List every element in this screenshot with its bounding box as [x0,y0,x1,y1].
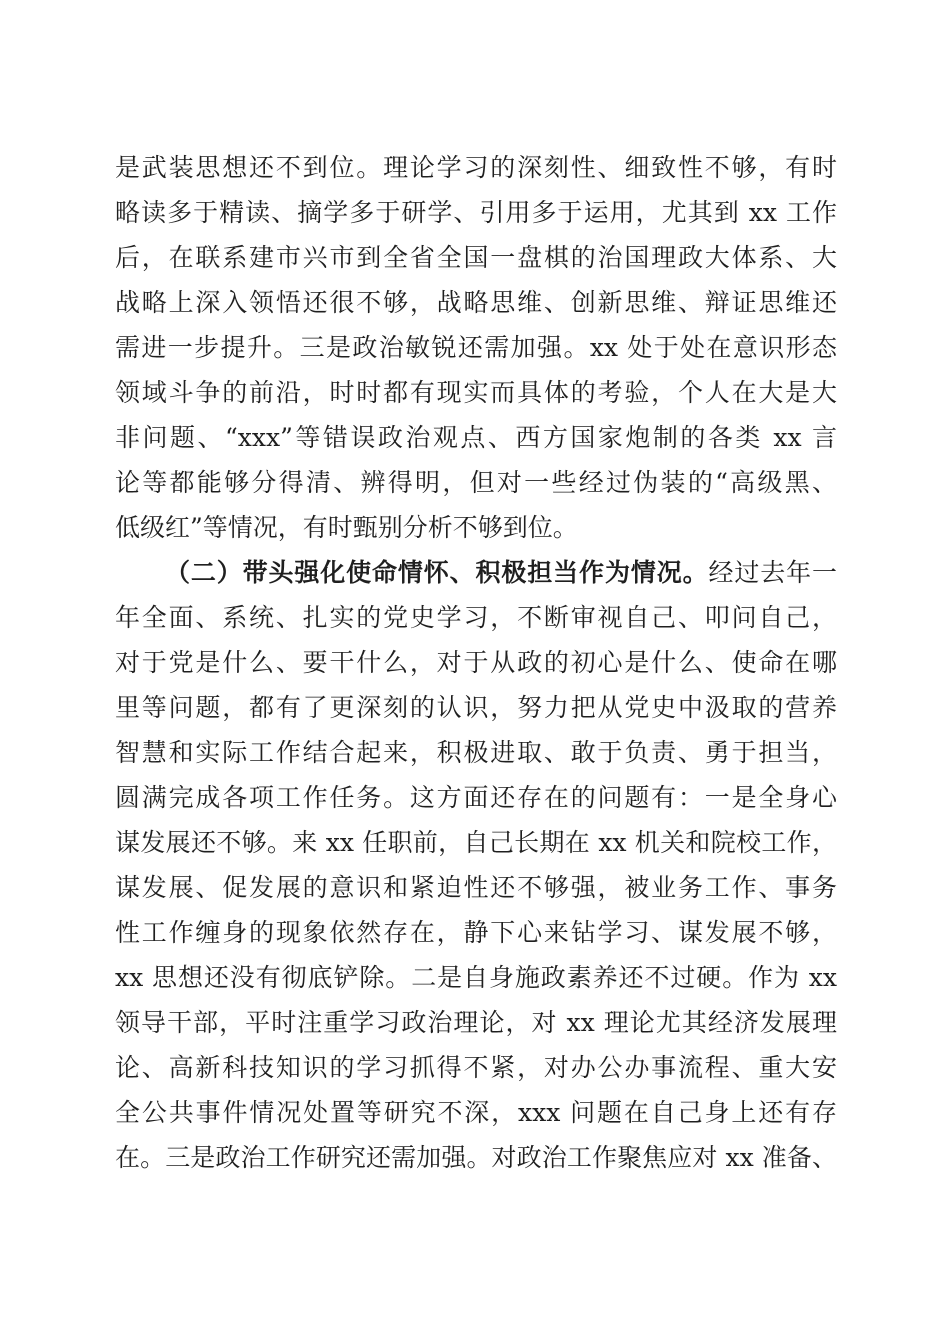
text-line: 需进一步提升。三是政治敏锐还需加强。xx 处于处在意识形态 [115,325,837,370]
text-line: 谋发展还不够。来 xx 任职前，自己长期在 xx 机关和院校工作， [115,820,837,865]
text-run: 略读多于精读、摘学多于研学、引用多于运用，尤其到 xx 工作 [115,198,837,227]
text-line: （二）带头强化使命情怀、积极担当作为情况。经过去年一 [115,550,837,595]
text-run: 经过去年一 [708,558,837,587]
text-line: 非问题、“xxx”等错误政治观点、西方国家炮制的各类 xx 言 [115,415,837,460]
text-line: 在。三是政治工作研究还需加强。对政治工作聚焦应对 xx 准备、 [115,1135,837,1180]
text-run: 性工作缠身的现象依然存在，静下心来钻学习、谋发展不够， [115,918,837,947]
text-run: 论、高新科技知识的学习抓得不紧，对办公办事流程、重大安 [115,1053,837,1082]
text-line: 圆满完成各项工作任务。这方面还存在的问题有：一是全身心 [115,775,837,820]
text-line: 智慧和实际工作结合起来，积极进取、敢于负责、勇于担当， [115,730,837,775]
text-run: 后，在联系建市兴市到全省全国一盘棋的治国理政大体系、大 [115,243,837,272]
text-line: 里等问题，都有了更深刻的认识，努力把从党史中汲取的营养 [115,685,837,730]
text-run: xx 思想还没有彻底铲除。二是自身施政素养还不过硬。作为 xx [115,963,837,992]
text-run: 低级红”等情况，有时甄别分析不够到位。 [115,513,578,542]
text-run: 谋发展还不够。来 xx 任职前，自己长期在 xx 机关和院校工作， [115,828,837,857]
text-line: 谋发展、促发展的意识和紧迫性还不够强，被业务工作、事务 [115,865,837,910]
text-run: 领域斗争的前沿，时时都有现实而具体的考验，个人在大是大 [115,378,837,407]
text-line: 年全面、系统、扎实的党史学习，不断审视自己、叩问自己， [115,595,837,640]
text-line: 后，在联系建市兴市到全省全国一盘棋的治国理政大体系、大 [115,235,837,280]
text-line: 领域斗争的前沿，时时都有现实而具体的考验，个人在大是大 [115,370,837,415]
text-line: 性工作缠身的现象依然存在，静下心来钻学习、谋发展不够， [115,910,837,955]
text-line: 论、高新科技知识的学习抓得不紧，对办公办事流程、重大安 [115,1045,837,1090]
text-run: 是武装思想还不到位。理论学习的深刻性、细致性不够，有时 [115,153,837,182]
text-run: 智慧和实际工作结合起来，积极进取、敢于负责、勇于担当， [115,738,837,767]
text-run: 非问题、“xxx”等错误政治观点、西方国家炮制的各类 xx 言 [115,423,837,452]
text-line: 对于党是什么、要干什么，对于从政的初心是什么、使命在哪 [115,640,837,685]
text-run: 全公共事件情况处置等研究不深，xxx 问题在自己身上还有存 [115,1098,837,1127]
text-run: 领导干部，平时注重学习政治理论，对 xx 理论尤其经济发展理 [115,1008,837,1037]
text-line: 全公共事件情况处置等研究不深，xxx 问题在自己身上还有存 [115,1090,837,1135]
text-run: 对于党是什么、要干什么，对于从政的初心是什么、使命在哪 [115,648,837,677]
text-line: xx 思想还没有彻底铲除。二是自身施政素养还不过硬。作为 xx [115,955,837,1000]
text-line: 是武装思想还不到位。理论学习的深刻性、细致性不够，有时 [115,145,837,190]
text-line: 战略上深入领悟还很不够，战略思维、创新思维、辩证思维还 [115,280,837,325]
text-line: 论等都能够分得清、辨得明，但对一些经过伪装的“高级黑、 [115,460,837,505]
text-line: 领导干部，平时注重学习政治理论，对 xx 理论尤其经济发展理 [115,1000,837,1045]
text-run: 在。三是政治工作研究还需加强。对政治工作聚焦应对 xx 准备、 [115,1143,837,1172]
document-page: 是武装思想还不到位。理论学习的深刻性、细致性不够，有时略读多于精读、摘学多于研学… [0,0,950,1344]
text-run: 年全面、系统、扎实的党史学习，不断审视自己、叩问自己， [115,603,837,632]
text-run: 里等问题，都有了更深刻的认识，努力把从党史中汲取的营养 [115,693,837,722]
document-text: 是武装思想还不到位。理论学习的深刻性、细致性不够，有时略读多于精读、摘学多于研学… [115,145,837,1180]
text-run: 圆满完成各项工作任务。这方面还存在的问题有：一是全身心 [115,783,837,812]
text-line: 略读多于精读、摘学多于研学、引用多于运用，尤其到 xx 工作 [115,190,837,235]
text-run: 战略上深入领悟还很不够，战略思维、创新思维、辩证思维还 [115,288,837,317]
text-line: 低级红”等情况，有时甄别分析不够到位。 [115,505,837,550]
text-run: 需进一步提升。三是政治敏锐还需加强。xx 处于处在意识形态 [115,333,837,362]
text-run: 谋发展、促发展的意识和紧迫性还不够强，被业务工作、事务 [115,873,837,902]
section-heading-run: （二）带头强化使命情怀、积极担当作为情况。 [165,558,708,587]
text-run: 论等都能够分得清、辨得明，但对一些经过伪装的“高级黑、 [115,468,837,497]
